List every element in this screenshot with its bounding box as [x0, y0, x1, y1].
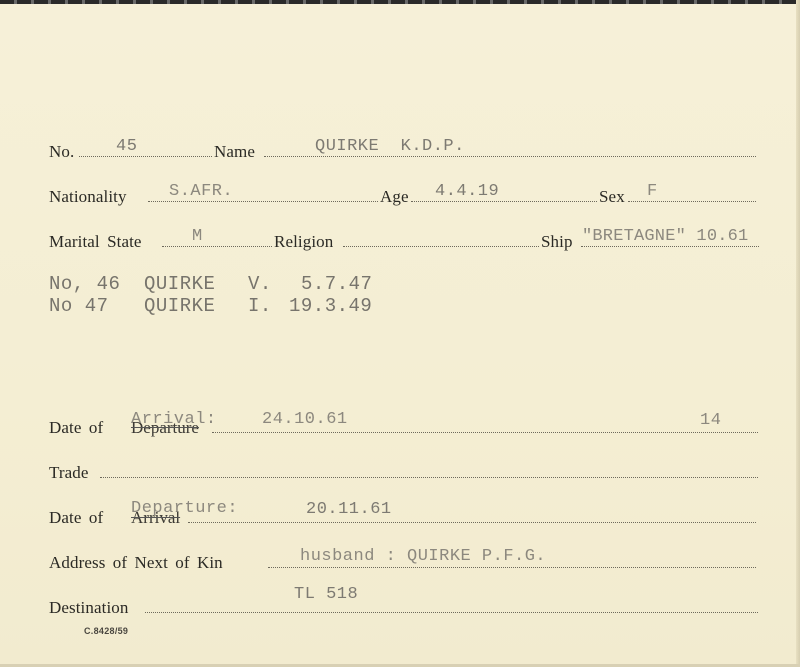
dependant-initial: I.: [248, 295, 272, 317]
marital-state-value: M: [192, 227, 203, 246]
sex-dotted-line: [628, 201, 756, 202]
destination-dotted-line: [145, 612, 758, 613]
sex-label: Sex: [599, 187, 625, 207]
arrival-typed-override: Arrival:: [131, 410, 217, 429]
trade-label: Trade: [49, 463, 89, 483]
no-dotted-line: [79, 156, 212, 157]
date-of-departure-label: Date of: [49, 418, 103, 438]
age-label: Age: [380, 187, 409, 207]
date-of-departure-dotted-line: [212, 432, 758, 433]
marital-state-dotted-line: [162, 246, 272, 247]
sex-value: F: [647, 182, 658, 201]
dependant-surname: QUIRKE: [144, 273, 215, 295]
no-label: No.: [49, 142, 74, 162]
date-of-arrival-label: Date of: [49, 508, 103, 528]
departure-date-value: 20.11.61: [306, 500, 392, 519]
immigration-record-card: No. 45 Name QUIRKE K.D.P. Nationality S.…: [0, 0, 800, 667]
no-value: 45: [116, 137, 137, 156]
dependant-initial: V.: [248, 273, 272, 295]
age-dotted-line: [411, 201, 597, 202]
form-code: C.8428/59: [84, 626, 128, 636]
departure-typed-override: Departure:: [131, 499, 238, 518]
nationality-dotted-line: [148, 201, 378, 202]
next-of-kin-dotted-line: [268, 567, 756, 568]
religion-label: Religion: [274, 232, 333, 252]
destination-label: Destination: [49, 598, 128, 618]
dependant-dob: 19.3.49: [289, 295, 372, 317]
card-top-edge: [0, 0, 800, 4]
next-of-kin-value: husband : QUIRKE P.F.G.: [300, 547, 546, 566]
name-value: QUIRKE K.D.P.: [315, 137, 465, 156]
age-value: 4.4.19: [435, 182, 499, 201]
religion-dotted-line: [343, 246, 539, 247]
ship-dotted-line: [581, 246, 759, 247]
trade-dotted-line: [100, 477, 758, 478]
ship-label: Ship: [541, 232, 573, 252]
date-of-arrival-dotted-line: [188, 522, 756, 523]
dependant-no: No, 46: [49, 273, 120, 295]
name-label: Name: [214, 142, 255, 162]
dependant-dob: 5.7.47: [301, 273, 372, 295]
nationality-value: S.AFR.: [169, 182, 233, 201]
arrival-date-value: 24.10.61: [262, 410, 348, 429]
name-dotted-line: [264, 156, 756, 157]
card-right-edge: [796, 0, 800, 667]
destination-value: TL 518: [294, 585, 358, 604]
nationality-label: Nationality: [49, 187, 127, 207]
arrival-extra-number: 14: [700, 411, 721, 430]
marital-state-label: Marital State: [49, 232, 142, 252]
ship-value: "BRETAGNE" 10.61: [582, 227, 748, 246]
dependant-no: No 47: [49, 295, 109, 317]
next-of-kin-label: Address of Next of Kin: [49, 553, 223, 573]
dependant-surname: QUIRKE: [144, 295, 215, 317]
